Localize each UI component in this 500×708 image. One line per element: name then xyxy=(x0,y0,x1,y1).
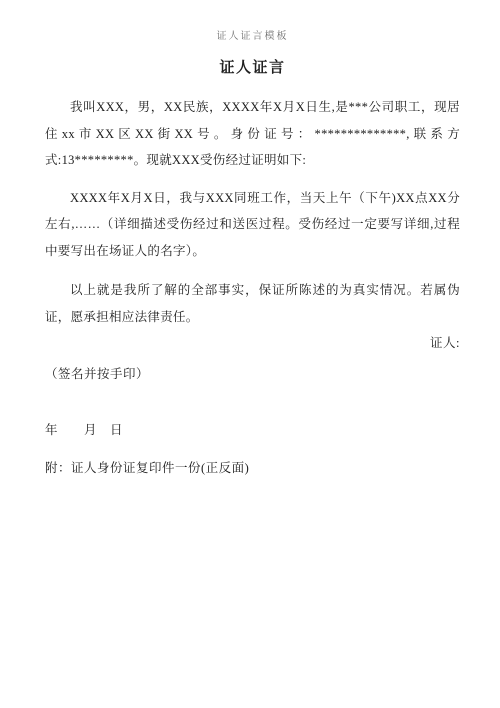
document-title: 证人证言 xyxy=(45,60,460,77)
template-label: 证人证言模板 xyxy=(45,30,460,44)
document-body: 我叫XXX，男，XX民族，XXXX年X月X日生,是***公司职工，现居住xx市X… xyxy=(45,94,460,330)
document-page: 证人证言模板 证人证言 我叫XXX，男，XX民族，XXXX年X月X日生,是***… xyxy=(0,0,500,708)
date-line: 年 月 日 xyxy=(45,422,460,438)
paragraph-witness-intro: 我叫XXX，男，XX民族，XXXX年X月X日生,是***公司职工，现居住xx市X… xyxy=(45,94,460,174)
witness-signature-label: 证人: xyxy=(45,335,460,351)
paragraph-truth-declaration: 以上就是我所了解的全部事实，保证所陈述的为真实情况。若属伪证，愿承担相应法律责任… xyxy=(45,277,460,330)
attachment-note: 附：证人身份证复印件一份(正反面) xyxy=(45,460,460,476)
paragraph-incident-description: XXXX年X月X日，我与XXX同班工作，当天上午（下午)XX点XX分左右,……（… xyxy=(45,185,460,265)
signature-instruction: （签名并按手印） xyxy=(45,366,460,382)
